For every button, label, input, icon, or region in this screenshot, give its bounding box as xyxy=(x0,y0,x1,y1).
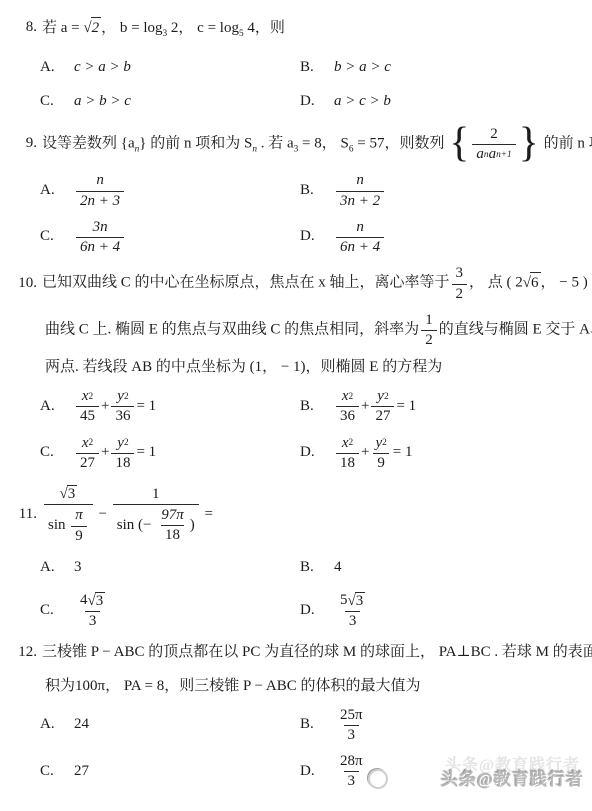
den-var: a xyxy=(489,146,497,163)
option-fraction: n2n + 3 xyxy=(76,171,124,210)
fraction-denominator: sin (− 97π18) xyxy=(113,504,199,545)
option-8a: A. c > a > b xyxy=(40,57,300,79)
radicand: 2 xyxy=(91,17,102,40)
fraction-numerator: 5√3 xyxy=(336,591,369,611)
option-11d: D. 5√33 xyxy=(300,591,592,631)
exponent: 2 xyxy=(384,392,389,403)
question-11-number: 11. xyxy=(0,504,37,526)
option-value: c > a > b xyxy=(74,57,131,79)
option-10a: A. x245 + y236 = 1 xyxy=(40,387,300,426)
fraction-denominator: 9 xyxy=(373,453,389,472)
q10-line1: 已知双曲线 C 的中心在坐标原点，焦点在 x 轴上，离心率等于32， 点 ( 2… xyxy=(42,264,592,303)
option-label: C. xyxy=(40,600,64,622)
watermark-text: 头条@教育践行者 xyxy=(441,768,584,793)
fraction-numerator: 2 xyxy=(486,125,502,144)
fraction-numerator: n xyxy=(352,218,368,237)
question-9-stem: 设等差数列 {an} 的前 n 项和为 Sn . 若 a3 = 8， S6 = … xyxy=(42,125,592,164)
x-var: x xyxy=(342,388,349,405)
radicand: 3 xyxy=(95,592,106,610)
fraction-denominator: 9 xyxy=(71,526,87,545)
fraction-denominator: 3n + 2 xyxy=(336,191,384,210)
exponent: 2 xyxy=(349,438,354,449)
fraction-denominator: 6n + 4 xyxy=(336,237,384,256)
q11-options-row-2: C. 4√33 D. 5√33 xyxy=(0,591,592,631)
question-9: 9. 设等差数列 {an} 的前 n 项和为 Sn . 若 a3 = 8， S6… xyxy=(0,125,592,164)
fraction-numerator: x2 xyxy=(338,387,357,406)
sqrt-expression: √6 xyxy=(523,275,541,291)
q9-stem-text: } 的前 n 项和为 S xyxy=(139,136,252,152)
question-10-line-2: 曲线 C 上. 椭圆 E 的焦点与双曲线 C 的焦点相同，斜率为12的直线与椭圆… xyxy=(0,311,592,350)
angle-fraction: 97π18 xyxy=(157,506,188,545)
question-12-line-1: 12. 三棱锥 P − ABC 的顶点都在以 PC 为直径的球 M 的球面上， … xyxy=(0,642,592,664)
option-label: D. xyxy=(300,442,324,464)
y-var: y xyxy=(377,388,384,405)
sin-text: sin xyxy=(48,517,66,534)
exponent: 2 xyxy=(124,438,129,449)
y-var: y xyxy=(375,435,382,452)
q12-options-row-1: A. 24 B. 25π3 xyxy=(0,706,592,745)
ellipse-x-term: x227 xyxy=(76,434,99,473)
watermark-logo-icon xyxy=(368,769,388,789)
question-8-stem: 若 a = √2， b = log3 2， c = log5 4，则 xyxy=(42,17,285,41)
fraction-denominator: 3 xyxy=(344,725,360,744)
equals-one: = 1 xyxy=(393,442,413,464)
option-9d: D. n6n + 4 xyxy=(300,218,592,257)
fraction-numerator: y2 xyxy=(371,434,390,453)
sin-text: sin (− xyxy=(117,517,152,534)
option-label: B. xyxy=(300,180,324,202)
first-fraction: √3sin π9 xyxy=(44,484,93,545)
option-9c: C. 3n6n + 4 xyxy=(40,218,300,257)
q9-options-row-1: A. n2n + 3 B. n3n + 2 xyxy=(0,171,592,210)
eccentricity-fraction: 32 xyxy=(452,264,468,303)
option-11a: A. 3 xyxy=(40,557,300,579)
equals-one: = 1 xyxy=(136,442,156,464)
question-10-line-1: 10. 已知双曲线 C 的中心在坐标原点，焦点在 x 轴上，离心率等于32， 点… xyxy=(0,264,592,303)
question-12-line-2: 积为100π， PA = 8，则三棱锥 P − ABC 的体积的最大值为 xyxy=(0,676,592,698)
option-fraction: n6n + 4 xyxy=(336,218,384,257)
ellipse-x-term: x245 xyxy=(76,387,99,426)
option-12b: B. 25π3 xyxy=(300,706,592,745)
option-label: A. xyxy=(40,180,64,202)
question-8-number: 8. xyxy=(0,17,37,39)
option-label: C. xyxy=(40,226,64,248)
sqrt-expression: √2 xyxy=(83,20,101,36)
radicand: 3 xyxy=(355,592,366,610)
fraction-numerator: 25π xyxy=(336,706,367,725)
option-value: 3 xyxy=(74,557,82,579)
q9-stem-text: 设等差数列 {a xyxy=(42,136,135,152)
option-label: A. xyxy=(40,557,64,579)
right-brace: } xyxy=(519,120,539,166)
equals-sign: = xyxy=(204,506,212,522)
exponent: 2 xyxy=(349,392,354,403)
plus-sign: + xyxy=(101,442,109,464)
plus-sign: + xyxy=(361,396,369,418)
equals-one: = 1 xyxy=(136,396,156,418)
option-8d: D. a > c > b xyxy=(300,91,592,113)
q11-expression: √3sin π9 − 1sin (− 97π18) = xyxy=(42,484,213,545)
coefficient: 4 xyxy=(80,592,88,609)
fraction-numerator: π xyxy=(71,506,87,525)
fraction-numerator: y2 xyxy=(373,387,392,406)
y-var: y xyxy=(117,388,124,405)
radicand: 3 xyxy=(67,485,78,503)
q8-stem-text: 若 a = xyxy=(42,20,80,36)
q9-stem-text: = 57，则数列 xyxy=(354,136,445,152)
question-12-number: 12. xyxy=(0,642,37,664)
fraction-numerator: y2 xyxy=(113,434,132,453)
option-8c: C. a > b > c xyxy=(40,91,300,113)
q10-stem-text: ， − 5 ) 在双 xyxy=(541,275,592,291)
option-11b: B. 4 xyxy=(300,557,592,579)
watermark: 头条@教育践行者 头条@教育践行者 xyxy=(354,749,584,799)
option-12a: A. 24 xyxy=(40,714,300,736)
q10-stem-text: 已知双曲线 C 的中心在坐标原点，焦点在 x 轴上，离心率等于 xyxy=(42,275,450,291)
ellipse-y-term: y227 xyxy=(371,387,394,426)
sequence-fraction: 2anan+1 xyxy=(472,125,515,164)
option-11c: C. 4√33 xyxy=(40,591,300,631)
option-value: 24 xyxy=(74,714,89,736)
fraction-numerator: n xyxy=(92,171,108,190)
option-12c: C. 27 xyxy=(40,761,300,783)
q11-options-row-1: A. 3 B. 4 xyxy=(0,557,592,579)
fraction-numerator: 97π xyxy=(157,506,188,525)
question-10-number: 10. xyxy=(0,273,37,295)
option-fraction: 4√33 xyxy=(76,591,109,631)
fraction-denominator: 36 xyxy=(336,406,359,425)
fraction-numerator: x2 xyxy=(338,434,357,453)
ellipse-y-term: y29 xyxy=(371,434,390,473)
q10-stem-text: 的直线与椭圆 E 交于 A、B xyxy=(439,322,592,338)
q8-stem-text: 4，则 xyxy=(244,20,285,36)
radicand: 6 xyxy=(530,272,541,295)
fraction-numerator: y2 xyxy=(113,387,132,406)
fraction-denominator: 36 xyxy=(111,406,134,425)
exponent: 2 xyxy=(124,392,129,403)
option-value: a > c > b xyxy=(334,91,391,113)
fraction-numerator: 1 xyxy=(421,311,437,330)
fraction-denominator: sin π9 xyxy=(44,504,93,545)
exponent: 2 xyxy=(89,438,94,449)
fraction-denominator: 3 xyxy=(85,611,101,630)
option-label: B. xyxy=(300,57,324,79)
option-9b: B. n3n + 2 xyxy=(300,171,592,210)
option-label: B. xyxy=(300,714,324,736)
option-fraction: 5√33 xyxy=(336,591,369,631)
fraction-denominator: 18 xyxy=(111,453,134,472)
option-label: D. xyxy=(300,226,324,248)
sqrt-expression: √3 xyxy=(60,485,78,503)
option-8b: B. b > a > c xyxy=(300,57,592,79)
fraction-numerator: 3n xyxy=(89,218,112,237)
q8-options-row-2: C. a > b > c D. a > c > b xyxy=(0,91,592,113)
x-var: x xyxy=(82,388,89,405)
ellipse-y-term: y218 xyxy=(111,434,134,473)
ellipse-x-term: x218 xyxy=(336,434,359,473)
exponent: 2 xyxy=(89,392,94,403)
fraction-denominator: anan+1 xyxy=(472,144,515,163)
question-11: 11. √3sin π9 − 1sin (− 97π18) = xyxy=(0,484,592,545)
q8-stem-text: 2， c = log xyxy=(167,20,239,36)
option-fraction: 3n6n + 4 xyxy=(76,218,124,257)
angle-fraction: π9 xyxy=(71,506,87,545)
option-label: B. xyxy=(300,557,324,579)
fraction-denominator: 27 xyxy=(76,453,99,472)
option-10c: C. x227 + y218 = 1 xyxy=(40,434,300,473)
fraction-numerator: 1 xyxy=(148,485,164,504)
q12-line1: 三棱锥 P − ABC 的顶点都在以 PC 为直径的球 M 的球面上， PA⊥B… xyxy=(42,642,592,664)
option-label: D. xyxy=(300,761,324,783)
q10-stem-text: 曲线 C 上. 椭圆 E 的焦点与双曲线 C 的焦点相同，斜率为 xyxy=(45,322,419,338)
option-label: C. xyxy=(40,442,64,464)
plus-sign: + xyxy=(361,442,369,464)
option-fraction: 25π3 xyxy=(336,706,367,745)
option-value: b > a > c xyxy=(334,57,391,79)
option-label: C. xyxy=(40,91,64,113)
y-var: y xyxy=(117,435,124,452)
fraction-numerator: x2 xyxy=(78,387,97,406)
exam-page: 8. 若 a = √2， b = log3 2， c = log5 4，则 A.… xyxy=(0,0,592,811)
minus-sign: − xyxy=(99,506,107,522)
q10-options-row-1: A. x245 + y236 = 1 B. x236 + y227 = 1 xyxy=(0,387,592,426)
x-var: x xyxy=(342,435,349,452)
fraction-numerator: x2 xyxy=(78,434,97,453)
q9-stem-text: . 若 a xyxy=(257,136,294,152)
option-label: C. xyxy=(40,761,64,783)
option-value: a > b > c xyxy=(74,91,131,113)
x-var: x xyxy=(82,435,89,452)
den-var: a xyxy=(476,146,484,163)
option-10b: B. x236 + y227 = 1 xyxy=(300,387,592,426)
close-paren: ) xyxy=(190,517,195,534)
q10-stem-text: 两点. 若线段 AB 的中点坐标为 (1， − 1)，则椭圆 E 的方程为 xyxy=(45,359,442,375)
den-sub: n+1 xyxy=(496,150,512,161)
option-value: 27 xyxy=(74,761,89,783)
q10-options-row-2: C. x227 + y218 = 1 D. x218 + y29 = 1 xyxy=(0,434,592,473)
fraction-denominator: 2 xyxy=(421,330,437,349)
equals-one: = 1 xyxy=(396,396,416,418)
option-9a: A. n2n + 3 xyxy=(40,171,300,210)
option-label: A. xyxy=(40,396,64,418)
q9-options-row-2: C. 3n6n + 4 D. n6n + 4 xyxy=(0,218,592,257)
fraction-numerator: √3 xyxy=(56,484,82,504)
fraction-denominator: 27 xyxy=(371,406,394,425)
fraction-denominator: 18 xyxy=(161,525,184,544)
fraction-numerator: 4√3 xyxy=(76,591,109,611)
q8-stem-text: ， b = log xyxy=(101,20,162,36)
ellipse-x-term: x236 xyxy=(336,387,359,426)
coefficient: 5 xyxy=(340,592,348,609)
question-9-number: 9. xyxy=(0,133,37,155)
option-label: A. xyxy=(40,714,64,736)
ellipse-y-term: y236 xyxy=(111,387,134,426)
sqrt-expression: √3 xyxy=(348,592,366,610)
fraction-denominator: 2 xyxy=(452,284,468,303)
option-label: B. xyxy=(300,396,324,418)
question-10-line-3: 两点. 若线段 AB 的中点坐标为 (1， − 1)，则椭圆 E 的方程为 xyxy=(0,357,592,379)
option-value: 4 xyxy=(334,557,342,579)
option-label: A. xyxy=(40,57,64,79)
sqrt-expression: √3 xyxy=(88,592,106,610)
fraction-denominator: 45 xyxy=(76,406,99,425)
fraction-numerator: n xyxy=(352,171,368,190)
slope-fraction: 12 xyxy=(421,311,437,350)
fraction-denominator: 6n + 4 xyxy=(76,237,124,256)
q12-line2-text: 积为100π， PA = 8，则三棱锥 P − ABC 的体积的最大值为 xyxy=(45,678,421,694)
q8-options-row-1: A. c > a > b B. b > a > c xyxy=(0,57,592,79)
exponent: 2 xyxy=(382,438,387,449)
option-label: D. xyxy=(300,91,324,113)
option-fraction: n3n + 2 xyxy=(336,171,384,210)
q9-stem-text: = 8， S xyxy=(298,136,349,152)
fraction-denominator: 18 xyxy=(336,453,359,472)
q9-stem-text: 的前 n 项和是 xyxy=(544,136,592,152)
second-fraction: 1sin (− 97π18) xyxy=(113,485,199,545)
q10-stem-text: ， 点 ( 2 xyxy=(469,275,523,291)
fraction-denominator: 3 xyxy=(345,611,361,630)
plus-sign: + xyxy=(101,396,109,418)
fraction-denominator: 2n + 3 xyxy=(76,191,124,210)
option-label: D. xyxy=(300,600,324,622)
fraction-numerator: 3 xyxy=(452,264,468,283)
question-8: 8. 若 a = √2， b = log3 2， c = log5 4，则 xyxy=(0,17,592,41)
left-brace: { xyxy=(449,120,469,166)
option-10d: D. x218 + y29 = 1 xyxy=(300,434,592,473)
